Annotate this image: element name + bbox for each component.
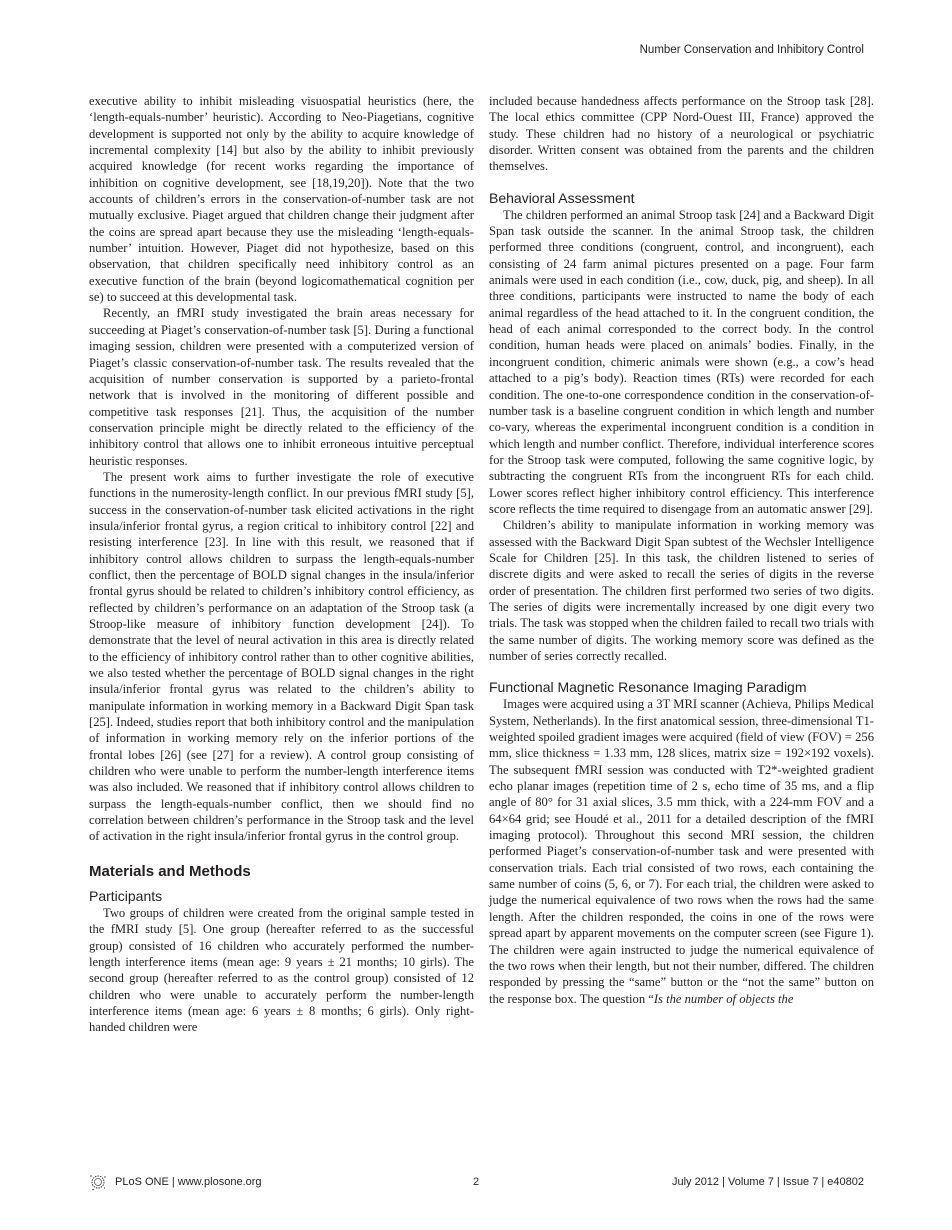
fmri-paragraph: Images were acquired using a 3T MRI scan… (489, 696, 874, 1007)
running-title: Number Conservation and Inhibitory Contr… (640, 44, 864, 56)
plos-logo-icon (89, 1173, 107, 1191)
body-paragraph: included because handedness affects perf… (489, 93, 874, 175)
journal-name: PLoS ONE | www.plosone.org (115, 1176, 262, 1188)
body-paragraph: Recently, an fMRI study investigated the… (89, 305, 474, 468)
subsection-heading-fmri-paradigm: Functional Magnetic Resonance Imaging Pa… (489, 678, 874, 696)
body-paragraph: Children’s ability to manipulate informa… (489, 517, 874, 664)
subsection-heading-participants: Participants (89, 887, 474, 905)
body-paragraph: executive ability to inhibit misleading … (89, 93, 474, 305)
page-number: 2 (473, 1176, 479, 1188)
fmri-text: Images were acquired using a 3T MRI scan… (489, 697, 874, 1005)
participants-paragraph: Two groups of children were created from… (89, 905, 474, 1036)
body-paragraph: The present work aims to further investi… (89, 469, 474, 845)
body-paragraph: The children performed an animal Stroop … (489, 207, 874, 518)
right-column: included because handedness affects perf… (489, 93, 874, 1007)
citation-info: July 2012 | Volume 7 | Issue 7 | e40802 (672, 1176, 864, 1188)
page-footer: PLoS ONE | www.plosone.org 2 July 2012 |… (89, 1173, 864, 1193)
left-column: executive ability to inhibit misleading … (89, 93, 474, 1036)
section-heading-materials-methods: Materials and Methods (89, 863, 474, 881)
subsection-heading-behavioral-assessment: Behavioral Assessment (489, 189, 874, 207)
fmri-italic-question: Is the number of objects the (654, 992, 794, 1006)
